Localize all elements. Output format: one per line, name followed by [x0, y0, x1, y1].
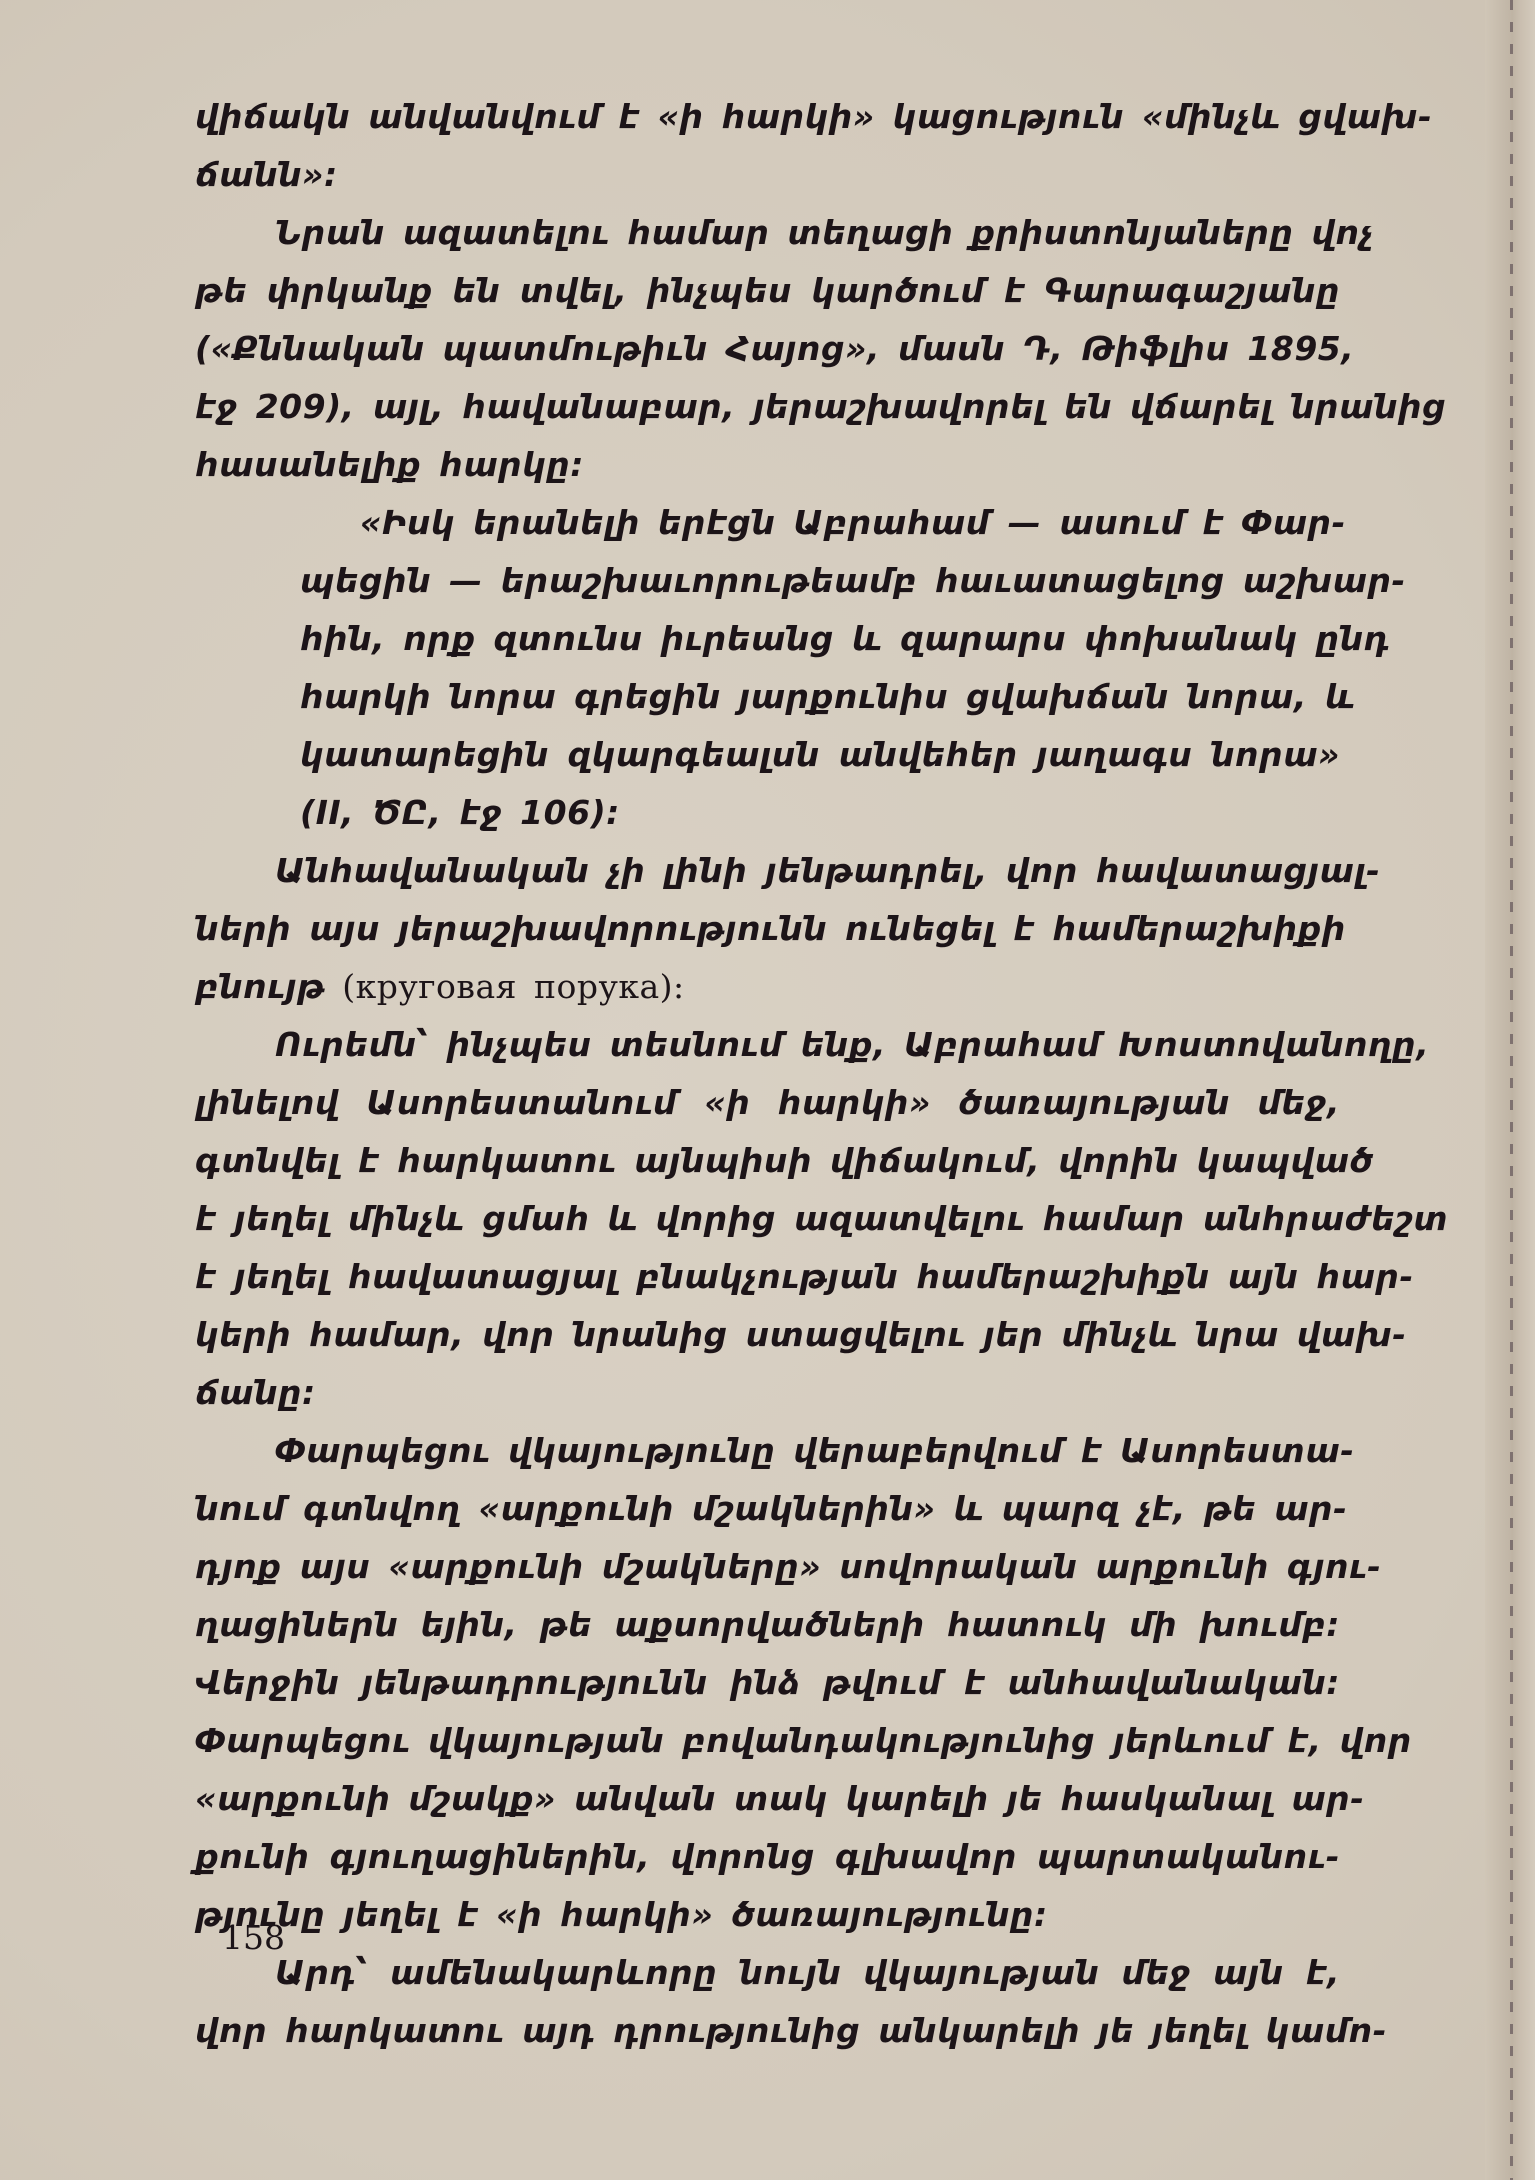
- block-quote: «Իսկ երանելի երէցն Աբրահամ — ասում է Փար…: [195, 494, 1340, 842]
- text-line: դյոք այս «արքունի մշակները» սովորական ար…: [195, 1538, 1340, 1596]
- page-number: 158: [222, 1918, 285, 1957]
- text-line: էջ 209), այլ, հավանաբար, յերաշխավորել են…: [195, 378, 1340, 436]
- book-page: վիճակն անվանվում է «ի հարկի» կացություն …: [0, 0, 1535, 2180]
- text-line: վոր հարկատու այդ դրությունից անկարելի յե…: [195, 2002, 1340, 2060]
- text-line: Փարպեցու վկայության բովանդակությունից յե…: [195, 1712, 1340, 1770]
- text-line: բնույթ (круговая порука):: [195, 958, 1340, 1016]
- text-line: ճանն»։: [195, 146, 1340, 204]
- binding-edge: [1510, 0, 1513, 2180]
- quote-line: հին, որք զտունս իւրեանց և զարարս փոխանակ…: [195, 610, 1340, 668]
- book-gutter: [1485, 0, 1535, 2180]
- quote-line: հարկի նորա գրեցին յարքունիս ցվախճան նորա…: [195, 668, 1340, 726]
- text-line: վիճակն անվանվում է «ի հարկի» կացություն …: [195, 88, 1340, 146]
- text-line: ղացիներն եյին, թե աքսորվածների հատուկ մի…: [195, 1596, 1340, 1654]
- paragraph-start-line: Ուրեմն՝ ինչպես տեսնում ենք, Աբրահամ Խոստ…: [195, 1016, 1340, 1074]
- text-line: թե փրկանք են տվել, ինչպես կարծում է Գարա…: [195, 262, 1340, 320]
- quote-citation: (II, ԾԸ, էջ 106)։: [195, 784, 1340, 842]
- quote-line: «Իսկ երանելի երէցն Աբրահամ — ասում է Փար…: [195, 494, 1340, 552]
- armenian-word: բնույթ: [195, 967, 325, 1006]
- text-line: «արքունի մշակք» անվան տակ կարելի յե հասկ…: [195, 1770, 1340, 1828]
- text-line: նում գտնվող «արքունի մշակներին» և պարզ չ…: [195, 1480, 1340, 1538]
- text-line: («Քննական պատմութիւն Հայոց», մասն Դ, Թիֆ…: [195, 320, 1340, 378]
- quote-line: կատարեցին զկարգեալսն անվեհեր յաղագս նորա…: [195, 726, 1340, 784]
- text-line: թյունը յեղել է «ի հարկի» ծառայությունը։: [195, 1886, 1340, 1944]
- body-text: վիճակն անվանվում է «ի հարկի» կացություն …: [195, 88, 1340, 2060]
- text-line: լինելով Ասորեստանում «ի հարկի» ծառայությ…: [195, 1074, 1340, 1132]
- paragraph-start-line: Անհավանական չի լինի յենթադրել, վոր հավատ…: [195, 842, 1340, 900]
- text-line: ճանը։: [195, 1364, 1340, 1422]
- text-line: հասանելիք հարկը։: [195, 436, 1340, 494]
- paragraph-start-line: Փարպեցու վկայությունը վերաբերվում է Ասոր…: [195, 1422, 1340, 1480]
- text-line: է յեղել հավատացյալ բնակչության համերաշխի…: [195, 1248, 1340, 1306]
- text-line: կերի համար, վոր նրանից ստացվելու յեր մին…: [195, 1306, 1340, 1364]
- russian-term: (круговая порука):: [325, 967, 684, 1006]
- text-line: ների այս յերաշխավորությունն ունեցել է հա…: [195, 900, 1340, 958]
- text-line: է յեղել մինչև ցմահ և վորից ազատվելու համ…: [195, 1190, 1340, 1248]
- paragraph-start-line: Նրան ազատելու համար տեղացի քրիստոնյաները…: [195, 204, 1340, 262]
- text-line: Վերջին յենթադրությունն ինձ թվում է անհավ…: [195, 1654, 1340, 1712]
- paragraph-start-line: Արդ՝ ամենակարևորը նույն վկայության մեջ ա…: [195, 1944, 1340, 2002]
- quote-line: պեցին — երաշխաւորութեամբ հաւատացելոց աշխ…: [195, 552, 1340, 610]
- text-line: գտնվել է հարկատու այնպիսի վիճակում, վորի…: [195, 1132, 1340, 1190]
- text-line: քունի գյուղացիներին, վորոնց գլխավոր պարտ…: [195, 1828, 1340, 1886]
